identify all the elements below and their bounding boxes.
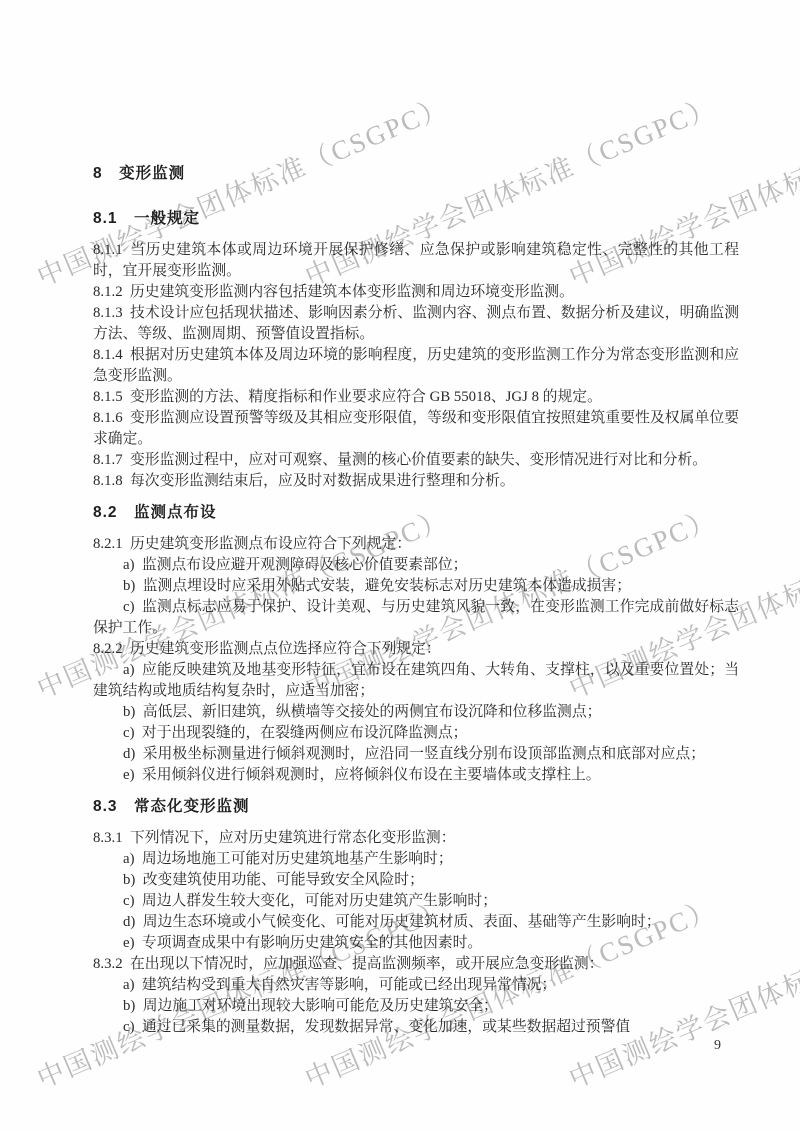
clause-8-2-1: 8.2.1 历史建筑变形监测点布设应符合下列规定：: [93, 534, 739, 555]
clause-8-3-1: 8.3.1 下列情况下，应对历史建筑进行常态化变形监测：: [93, 828, 739, 849]
item-8-2-1-a: a) 监测点布设应避开观测障碍及核心价值要素部位；: [93, 555, 739, 576]
clause-8-1-1: 8.1.1 当历史建筑本体或周边环境开展保护修缮、应急保护或影响建筑稳定性、完整…: [93, 240, 739, 282]
clause-8-1-7: 8.1.7 变形监测过程中，应对可观察、量测的核心价值要素的缺失、变形情况进行对…: [93, 450, 739, 471]
item-8-2-1-c: c) 监测点标志应易于保护、设计美观、与历史建筑风貌一致，在变形监测工作完成前做…: [93, 597, 739, 639]
item-8-3-1-e: e) 专项调查成果中有影响历史建筑安全的其他因素时。: [93, 933, 739, 954]
chapter-heading: 8 变形监测: [93, 163, 739, 184]
item-8-2-2-c: c) 对于出现裂缝的，在裂缝两侧应布设沉降监测点；: [93, 723, 739, 744]
item-8-3-1-a: a) 周边场地施工可能对历史建筑地基产生影响时；: [93, 849, 739, 870]
item-8-2-2-d: d) 采用极坐标测量进行倾斜观测时，应沿同一竖直线分别布设顶部监测点和底部对应点…: [93, 744, 739, 765]
clause-8-1-4: 8.1.4 根据对历史建筑本体及周边环境的影响程度，历史建筑的变形监测工作分为常…: [93, 345, 739, 387]
item-8-3-1-c: c) 周边人群发生较大变化，可能对历史建筑产生影响时；: [93, 891, 739, 912]
clause-8-1-5: 8.1.5 变形监测的方法、精度指标和作业要求应符合 GB 55018、JGJ …: [93, 387, 739, 408]
clause-8-2-2: 8.2.2 历史建筑变形监测点点位选择应符合下列规定：: [93, 639, 739, 660]
section-heading-8-3: 8.3 常态化变形监测: [93, 796, 739, 817]
item-8-3-2-b: b) 周边施工对环境出现较大影响可能危及历史建筑安全；: [93, 996, 739, 1017]
clause-8-1-6: 8.1.6 变形监测应设置预警等级及其相应变形限值，等级和变形限值宜按照建筑重要…: [93, 408, 739, 450]
item-8-3-1-b: b) 改变建筑使用功能、可能导致安全风险时；: [93, 870, 739, 891]
document-page: 中国测绘学会团体标准（CSGPC） 中国测绘学会团体标准（CSGPC） 中国测绘…: [0, 0, 800, 1131]
document-content: 8 变形监测 8.1 一般规定 8.1.1 当历史建筑本体或周边环境开展保护修缮…: [93, 163, 739, 1038]
clause-8-1-8: 8.1.8 每次变形监测结束后，应及时对数据成果进行整理和分析。: [93, 471, 739, 492]
item-8-2-2-a: a) 应能反映建筑及地基变形特征，宜布设在建筑四角、大转角、支撑柱，以及重要位置…: [93, 660, 739, 702]
item-8-2-2-b: b) 高低层、新旧建筑，纵横墙等交接处的两侧宜布设沉降和位移监测点；: [93, 702, 739, 723]
clause-8-1-3: 8.1.3 技术设计应包括现状描述、影响因素分析、监测内容、测点布置、数据分析及…: [93, 303, 739, 345]
clause-8-1-2: 8.1.2 历史建筑变形监测内容包括建筑本体变形监测和周边环境变形监测。: [93, 282, 739, 303]
item-8-3-1-d: d) 周边生态环境或小气候变化、可能对历史建筑材质、表面、基础等产生影响时；: [93, 912, 739, 933]
item-8-2-1-b: b) 监测点埋设时应采用外贴式安装，避免安装标志对历史建筑本体造成损害；: [93, 576, 739, 597]
item-8-3-2-a: a) 建筑结构受到重大自然灾害等影响，可能或已经出现异常情况；: [93, 975, 739, 996]
section-heading-8-2: 8.2 监测点布设: [93, 502, 739, 523]
item-8-2-2-e: e) 采用倾斜仪进行倾斜观测时，应将倾斜仪布设在主要墙体或支撑柱上。: [93, 765, 739, 786]
item-8-3-2-c: c) 通过已采集的测量数据，发现数据异常、变化加速，或某些数据超过预警值: [93, 1017, 739, 1038]
page-number: 9: [714, 1038, 721, 1054]
section-heading-8-1: 8.1 一般规定: [93, 208, 739, 229]
clause-8-3-2: 8.3.2 在出现以下情况时，应加强巡查、提高监测频率，或开展应急变形监测：: [93, 954, 739, 975]
